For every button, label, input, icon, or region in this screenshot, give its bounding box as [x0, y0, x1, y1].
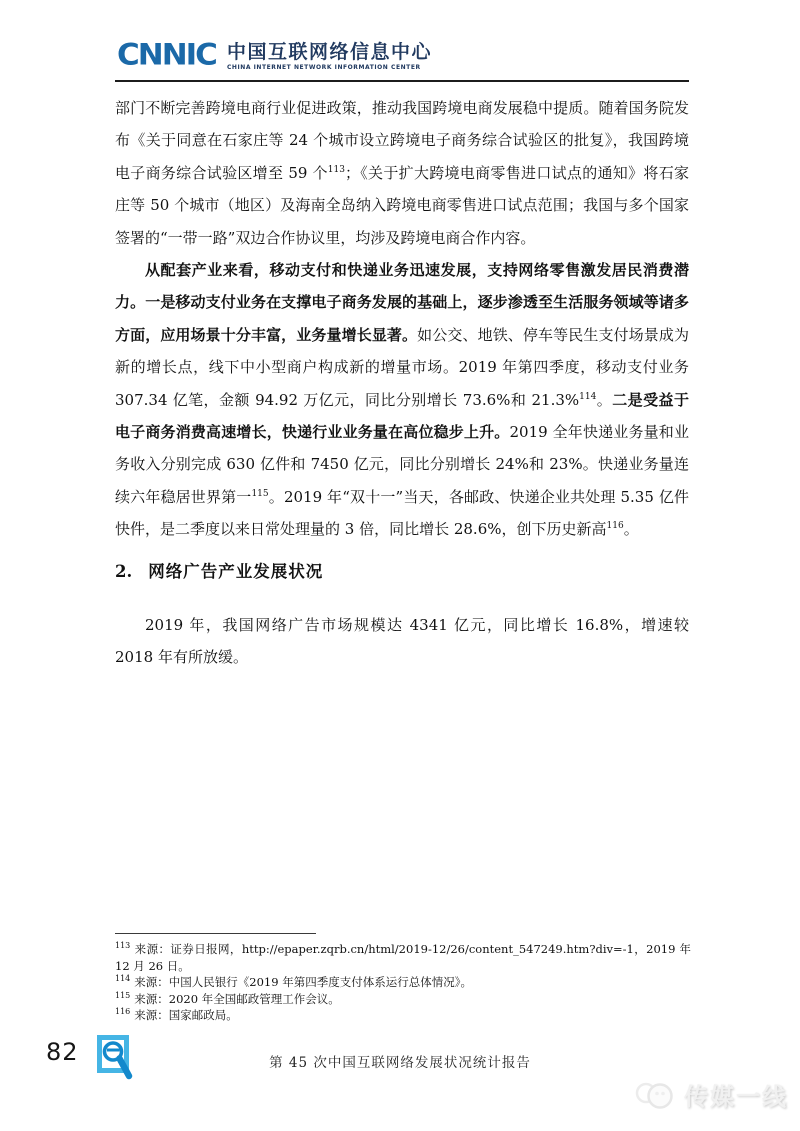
footnote-number: 116 — [115, 1007, 130, 1016]
footnote-reference: 113 — [328, 165, 345, 175]
footnotes-section: 113来源：证券日报网，http://epaper.zqrb.cn/html/2… — [115, 933, 691, 1024]
document-body: 部门不断完善跨境电商行业促进政策，推动我国跨境电商发展稳中提质。随着国务院发布《… — [115, 92, 689, 674]
footnote-text: 来源：中国人民银行《2019 年第四季度支付体系运行总体情况》。 — [134, 975, 472, 989]
org-name-english: CHINA INTERNET NETWORK INFORMATION CENTE… — [227, 64, 432, 71]
body-paragraph: 部门不断完善跨境电商行业促进政策，推动我国跨境电商发展稳中提质。随着国务院发布《… — [115, 92, 689, 254]
footnote-number: 114 — [115, 974, 130, 983]
header-divider — [115, 80, 689, 82]
report-page: CNNIC 中国互联网络信息中心 CHINA INTERNET NETWORK … — [0, 0, 800, 1131]
body-paragraph: 2019 年，我国网络广告市场规模达 4341 亿元，同比增长 16.8%，增速… — [115, 609, 689, 674]
watermark: 传媒一线 — [633, 1077, 788, 1112]
text-run: 2019 年，我国网络广告市场规模达 4341 亿元，同比增长 16.8%，增速… — [115, 616, 689, 666]
org-name-chinese: 中国互联网络信息中心 — [227, 41, 432, 63]
footnote-item: 116来源：国家邮政局。 — [115, 1007, 691, 1024]
org-names: 中国互联网络信息中心 CHINA INTERNET NETWORK INFORM… — [227, 38, 432, 71]
footnote-text: 来源：2020 年全国邮政管理工作会议。 — [134, 992, 339, 1006]
footnote-item: 115来源：2020 年全国邮政管理工作会议。 — [115, 991, 691, 1008]
footnotes-list: 113来源：证券日报网，http://epaper.zqrb.cn/html/2… — [115, 941, 691, 1024]
footnote-item: 114来源：中国人民银行《2019 年第四季度支付体系运行总体情况》。 — [115, 974, 691, 991]
watermark-text: 传媒一线 — [684, 1077, 788, 1112]
section-heading-number: 2. — [115, 560, 132, 584]
section-heading: 2.网络广告产业发展状况 — [115, 560, 689, 609]
body-paragraph: 从配套产业来看，移动支付和快递业务迅速发展，支持网络零售激发居民消费潜力。一是移… — [115, 254, 689, 546]
footnote-reference: 116 — [607, 521, 624, 531]
footnote-reference: 115 — [251, 489, 268, 499]
footnote-reference: 114 — [579, 392, 596, 402]
footnotes-divider — [115, 933, 316, 934]
cnnic-header-logo: CNNIC 中国互联网络信息中心 CHINA INTERNET NETWORK … — [117, 38, 432, 72]
text-run: 。 — [596, 391, 612, 409]
footnote-number: 113 — [115, 941, 130, 950]
section-heading-title: 网络广告产业发展状况 — [148, 560, 323, 584]
footnote-text: 来源：国家邮政局。 — [134, 1008, 238, 1022]
cnnic-wordmark-logo: CNNIC — [117, 39, 216, 71]
text-run: 。 — [624, 520, 639, 538]
footnote-text: 来源：证券日报网，http://epaper.zqrb.cn/html/2019… — [115, 942, 691, 973]
footer-report-title: 第 45 次中国互联网络发展状况统计报告 — [0, 1051, 800, 1071]
footnote-item: 113来源：证券日报网，http://epaper.zqrb.cn/html/2… — [115, 941, 691, 974]
footnote-number: 115 — [115, 991, 130, 1000]
overlapping-bubbles-icon — [633, 1079, 677, 1111]
